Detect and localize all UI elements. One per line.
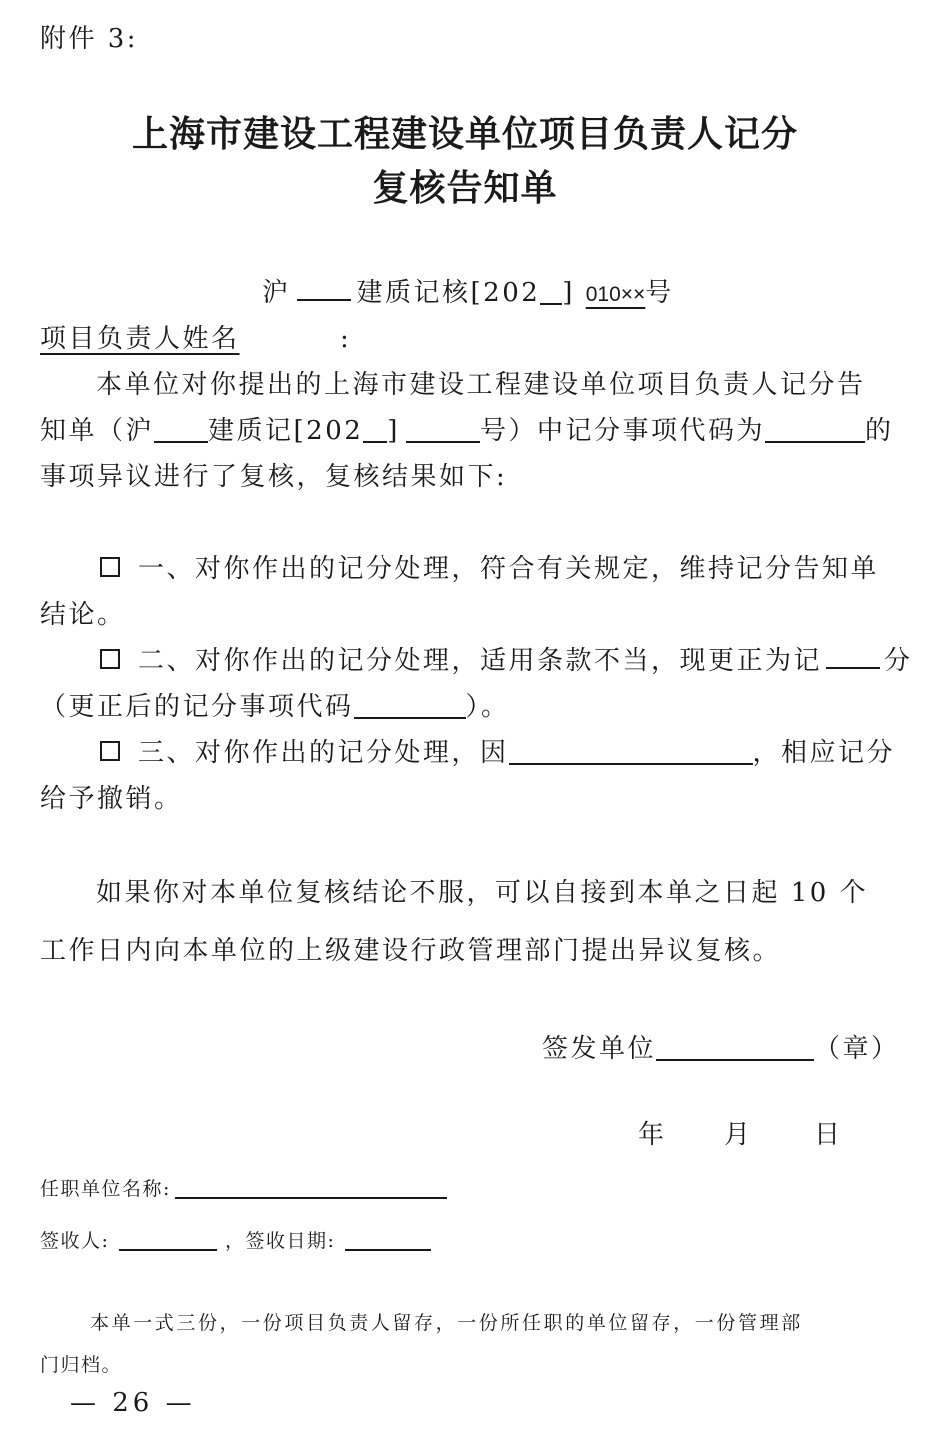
notice-year-blank[interactable] [363, 415, 387, 443]
option-2-line2: （更正后的记分事项代码）。 [40, 686, 510, 723]
corrected-points-blank[interactable] [826, 641, 880, 669]
option-1: 一、对你作出的记分处理，符合有关规定，维持记分告知单 [100, 548, 879, 585]
addressee-label: 项目负责人姓名 [40, 318, 340, 355]
notice-number-blank[interactable] [406, 415, 480, 443]
intro-line1: 本单位对你提出的上海市建设工程建设单位项目负责人记分告 [96, 364, 866, 401]
option-3-line2: 给予撤销。 [40, 778, 183, 815]
option-2: 二、对你作出的记分处理，适用条款不当，现更正为记分 [100, 640, 913, 677]
footer-note-line2: 门归档。 [40, 1350, 122, 1377]
option-3-checkbox[interactable] [100, 741, 120, 761]
employer-line: 任职单位名称: [40, 1174, 447, 1201]
issuer-blank[interactable] [656, 1033, 814, 1061]
date-day: 日 [814, 1114, 843, 1151]
document-title-line1: 上海市建设工程建设单位项目负责人记分 [0, 106, 930, 157]
revocation-reason-blank[interactable] [509, 737, 753, 765]
issuer-line: 签发单位（章） [542, 1028, 900, 1065]
notice-line2: 工作日内向本单位的上级建设行政管理部门提出异议复核。 [40, 930, 781, 967]
intro-line3: 事项异议进行了复核，复核结果如下: [40, 456, 507, 493]
region-blank[interactable] [297, 273, 351, 301]
footer-note-line1: 本单一式三份，一份项目负责人留存，一份所任职的单位留存，一份管理部 [90, 1308, 803, 1335]
date-year: 年 [638, 1114, 667, 1151]
date-month: 月 [724, 1114, 753, 1151]
document-number: 沪建质记核[202] 010××号 [262, 272, 674, 309]
document-title-line2: 复核告知单 [0, 160, 930, 211]
serial-number: 010×× [586, 283, 646, 306]
option-3: 三、对你作出的记分处理，因，相应记分 [100, 732, 895, 769]
option-2-checkbox[interactable] [100, 649, 120, 669]
year-blank[interactable] [540, 277, 562, 305]
addressee-line: 项目负责人姓名: [40, 318, 351, 355]
signer-blank[interactable] [119, 1230, 217, 1251]
notice-line1: 如果你对本单位复核结论不服，可以自接到本单之日起 10 个 [96, 872, 868, 909]
page-number: — 26 — [70, 1388, 196, 1418]
option-1-line2: 结论。 [40, 594, 126, 631]
corrected-code-blank[interactable] [354, 691, 466, 719]
attachment-label: 附件 3: [40, 18, 138, 55]
option-1-checkbox[interactable] [100, 557, 120, 577]
employer-blank[interactable] [175, 1178, 447, 1199]
item-code-blank[interactable] [765, 415, 865, 443]
receipt-date-blank[interactable] [345, 1230, 431, 1251]
intro-line2: 知单（沪建质记[202]号）中记分事项代码为的 [40, 410, 893, 447]
notice-region-blank[interactable] [154, 415, 208, 443]
receipt-line: 签收人: ，签收日期: [40, 1226, 431, 1253]
